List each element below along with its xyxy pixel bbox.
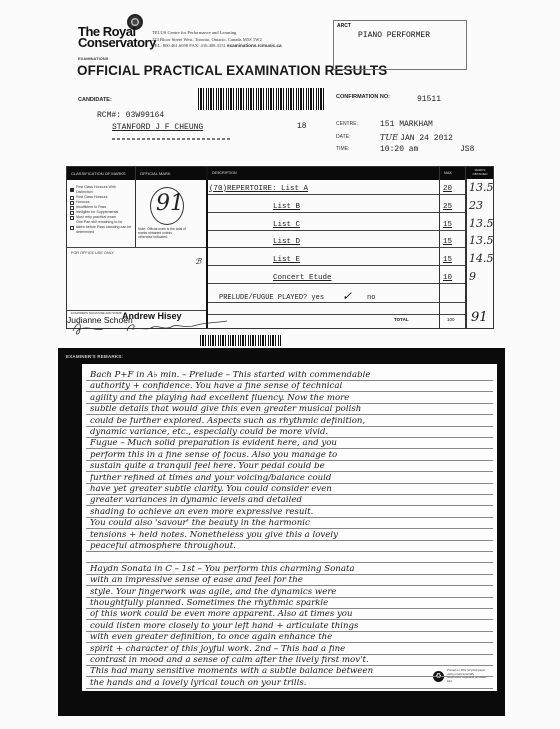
classification-label: First Class Honours With Distinction — [76, 185, 132, 195]
date-text: JAN 24 2012 — [400, 134, 453, 143]
checked-checkbox[interactable] — [70, 188, 74, 192]
row-divider — [208, 265, 465, 266]
checkbox[interactable] — [70, 216, 74, 220]
row-description: List C — [273, 221, 300, 229]
program-value: PIANO PERFORMER — [358, 31, 430, 40]
address-block: TELUS Centre for Performance and Learnin… — [152, 30, 282, 50]
ruled-line — [86, 494, 493, 495]
row-divider — [208, 194, 465, 195]
remarks-line: could be further explored. Aspects such … — [90, 417, 487, 426]
ruled-line — [86, 380, 493, 381]
remarks-line: peaceful atmosphere throughout. — [90, 542, 487, 551]
remarks-line: further refined at times and your voicin… — [90, 474, 487, 483]
row-description: (70)REPERTOIRE: List A — [209, 185, 308, 193]
classification-label: One Part still remaining to be taken bef… — [76, 220, 132, 235]
remarks-line: style. Your fingerwork was agile, and th… — [90, 588, 487, 597]
row-max: 15 — [443, 256, 452, 264]
website-link[interactable]: examinations.rcmusic.ca — [227, 43, 282, 48]
row-divider — [208, 283, 465, 284]
ruled-line — [86, 642, 493, 643]
header-classification: CLASSIFICATION OF MARKS — [71, 171, 126, 176]
yes-check-mark: ✓ — [342, 289, 352, 303]
checkbox[interactable] — [70, 211, 74, 215]
ruled-line — [86, 688, 493, 689]
remarks-line: Haydn Sonata in C – 1st – You perform th… — [90, 565, 487, 574]
checkbox[interactable] — [70, 201, 74, 205]
row-divider — [208, 247, 465, 248]
office-use-label: FOR OFFICE USE ONLY — [71, 251, 114, 255]
examiner-remarks-panel: EXAMINER'S REMARKS: ♻ Printed on 30% rec… — [58, 348, 505, 716]
remarks-line: tensions + held notes. Nonetheless you g… — [90, 531, 487, 540]
remarks-line: have yet greater subtle clarity. You cou… — [90, 485, 487, 494]
row-divider — [208, 230, 465, 231]
row-divider — [208, 212, 465, 213]
header-official-mark: OFFICIAL MARK — [140, 171, 171, 176]
official-mark: 91 — [156, 191, 184, 216]
remarks-line: You could also 'savour' the beauty in th… — [90, 519, 487, 528]
row-description: Concert Etude — [273, 274, 332, 282]
divider — [67, 247, 206, 248]
prelude-fugue-no: no — [367, 294, 375, 302]
row-max: 15 — [443, 238, 452, 246]
ruled-line — [86, 676, 493, 677]
remarks-line: perform this in a fine sense of focus. A… — [90, 451, 487, 460]
checkbox[interactable] — [70, 206, 74, 210]
centre-label: CENTRE: — [336, 121, 358, 127]
redacted-address — [112, 138, 230, 140]
remarks-content: ♻ Printed on 30% recycled paper using en… — [82, 364, 497, 691]
divider — [135, 167, 136, 247]
section-label: EXAMINATIONS — [78, 56, 108, 61]
ruled-line — [86, 517, 493, 518]
classification-item: One Part still remaining to be taken bef… — [70, 220, 132, 235]
remarks-line: Bach P+F in A♭ min. – Prelude – This sta… — [90, 371, 487, 380]
ruled-line — [86, 403, 493, 404]
remarks-line: dynamic variance, etc., especially could… — [90, 428, 487, 437]
remarks-line: Fugue – Much solid preparation is eviden… — [90, 439, 487, 448]
row-description: List E — [273, 256, 300, 264]
remarks-title: EXAMINER'S REMARKS: — [66, 354, 123, 359]
ruled-line — [86, 654, 493, 655]
marks-table: CLASSIFICATION OF MARKS OFFICIAL MARK DE… — [66, 166, 466, 329]
row-max: 20 — [443, 185, 452, 193]
program-label: ARCT — [337, 23, 351, 29]
row-max: 25 — [443, 203, 452, 211]
row-max: 10 — [443, 274, 452, 282]
ruled-line — [86, 619, 493, 620]
ruled-line — [86, 528, 493, 529]
ruled-line — [86, 471, 493, 472]
remarks-line: with even greater definition, to once ag… — [90, 633, 487, 642]
remarks-line: agility and the playing had excellent fl… — [90, 394, 487, 403]
rcm-logo: The Royal Conservatory — [78, 26, 156, 48]
remarks-line: thoughtfully planned. Sometimes the rhyt… — [90, 599, 487, 608]
remarks-line: authority + confidence. You have a fine … — [90, 382, 487, 391]
row-description: List B — [273, 203, 300, 211]
ruled-line — [86, 540, 493, 541]
initials-mark: ℬ — [195, 257, 201, 266]
logo-line2: Conservatory — [78, 37, 156, 48]
row-description: List D — [273, 238, 300, 246]
checkbox[interactable] — [70, 196, 74, 200]
classification-item: First Class Honours With Distinction — [70, 185, 132, 195]
remarks-barcode — [200, 335, 282, 346]
remarks-line: could listen more closely to your left h… — [90, 622, 487, 631]
ruled-line — [86, 551, 493, 552]
remarks-line: sustain quite a tranquil feel here. Your… — [90, 462, 487, 471]
ruled-line — [86, 574, 493, 575]
ruled-line — [86, 437, 493, 438]
remarks-line: of this work could be even more apparent… — [90, 610, 487, 619]
ruled-line — [86, 597, 493, 598]
confirmation-label: CONFIRMATION NO: — [336, 94, 390, 100]
ruled-line — [86, 505, 493, 506]
remarks-line: with an impressive sense of ease and fee… — [90, 576, 487, 585]
ruled-line — [86, 391, 493, 392]
ruled-line — [86, 460, 493, 461]
header-obtained: MARKS OBTAINED — [467, 168, 493, 176]
ruled-line — [86, 665, 493, 666]
ruled-line — [86, 562, 493, 563]
total-label: TOTAL — [394, 317, 409, 322]
remarks-line: contrast in mood and a sense of calm aft… — [90, 656, 487, 665]
candidate-name: STANFORD J F CHEUNG — [112, 123, 203, 132]
address-phone: TEL: 800.461.6058 FAX: 416.408.3151 — [152, 43, 226, 48]
header-description: DESCRIPTION — [212, 171, 237, 175]
remarks-line: spirit + character of this joyful work. … — [90, 645, 487, 654]
date-value: TUE JAN 24 2012 — [380, 133, 453, 143]
candidate-barcode — [198, 88, 324, 110]
divider — [208, 314, 465, 315]
divider — [208, 302, 465, 303]
remarks-line: This had many sensitive moments with a s… — [90, 667, 487, 676]
candidate-label: CANDIDATE: — [78, 97, 112, 103]
time-value: 10:20 am — [380, 145, 418, 154]
remarks-line: the hands and a lovely lyrical touch on … — [90, 679, 487, 688]
official-mark-note: Note: Official mark is the total of mark… — [138, 227, 186, 239]
examiner-code: JS8 — [460, 145, 474, 154]
prelude-fugue-question: PRELUDE/FUGUE PLAYED? yes — [219, 294, 324, 302]
ruled-line — [86, 426, 493, 427]
ruled-line — [86, 631, 493, 632]
remarks-line: shading to achieve an even more expressi… — [90, 508, 487, 517]
ruled-line — [86, 608, 493, 609]
classification-list: First Class Honours With DistinctionFirs… — [70, 185, 132, 235]
checkbox[interactable] — [70, 226, 74, 230]
table-header — [67, 167, 465, 180]
ruled-line — [86, 414, 493, 415]
centre-value: 151 MARKHAM — [380, 120, 433, 129]
remarks-line: subtle details that would give this even… — [90, 405, 487, 414]
obtained-column — [466, 166, 494, 329]
ruled-line — [86, 585, 493, 586]
remarks-line: greater variances in dynamic levels and … — [90, 496, 487, 505]
ruled-line — [86, 448, 493, 449]
header-max: MAX — [444, 171, 452, 175]
confirmation-number: 91511 — [417, 95, 441, 104]
total-max: 100 — [447, 317, 455, 322]
rcm-number: RCM#: 03W99164 — [97, 111, 164, 120]
candidate-age: 18 — [297, 122, 307, 131]
date-label: DATE: — [336, 134, 350, 140]
time-label: TIME: — [336, 146, 349, 152]
row-max: 15 — [443, 221, 452, 229]
ruled-line — [86, 483, 493, 484]
program-box: ARCT PIANO PERFORMER — [333, 20, 467, 70]
date-day: TUE — [380, 133, 398, 142]
